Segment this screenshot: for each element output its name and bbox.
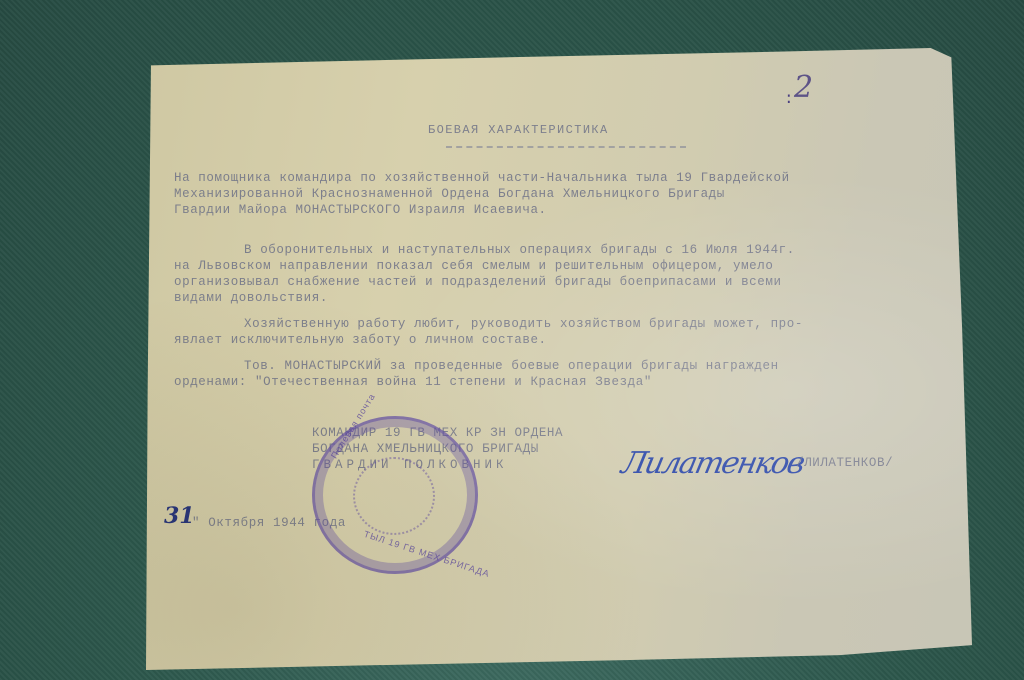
body-line-4: видами довольствия. bbox=[174, 291, 328, 305]
signature-name: /ЛИЛАТЕНКОВ/ bbox=[796, 456, 893, 470]
body-line-2: на Львовском направлении показал себя см… bbox=[174, 259, 774, 273]
stamp-bottom-text: ТЫЛ 19 ГВ МЕХ БРИГАДА bbox=[363, 529, 491, 579]
document-sheet: : 2 БОЕВАЯ ХАРАКТЕРИСТИКА На помощника к… bbox=[146, 48, 972, 670]
page-mark: : bbox=[784, 90, 794, 108]
handwritten-signature: Лилатенков bbox=[618, 446, 806, 481]
body-line-3: организовывал снабжение частей и подразд… bbox=[174, 275, 782, 289]
header-line-1: На помощника командира по хозяйственной … bbox=[174, 171, 790, 185]
date-day-handwritten: 31 bbox=[164, 503, 195, 529]
header-line-3: Гвардии Майора МОНАСТЫРСКОГО Израиля Иса… bbox=[174, 203, 547, 217]
header-line-2: Механизированной Краснознаменной Ордена … bbox=[174, 187, 725, 201]
document-title: БОЕВАЯ ХАРАКТЕРИСТИКА bbox=[428, 123, 609, 137]
official-stamp: Полевая почта ТЫЛ 19 ГВ МЕХ БРИГАДА bbox=[312, 416, 478, 574]
stamp-emblem bbox=[353, 457, 435, 535]
body-line-7: Тов. МОНАСТЫРСКИЙ за проведенные боевые … bbox=[244, 359, 779, 373]
body-line-5: Хозяйственную работу любит, руководить х… bbox=[244, 317, 803, 331]
body-line-6: явлает исключительную заботу о личном со… bbox=[174, 333, 547, 347]
title-underline bbox=[446, 146, 686, 150]
body-line-1: В оборонительных и наступательных операц… bbox=[244, 243, 795, 257]
page-number: 2 bbox=[794, 70, 813, 105]
body-line-8: орденами: "Отечественная война 11 степен… bbox=[174, 375, 652, 389]
